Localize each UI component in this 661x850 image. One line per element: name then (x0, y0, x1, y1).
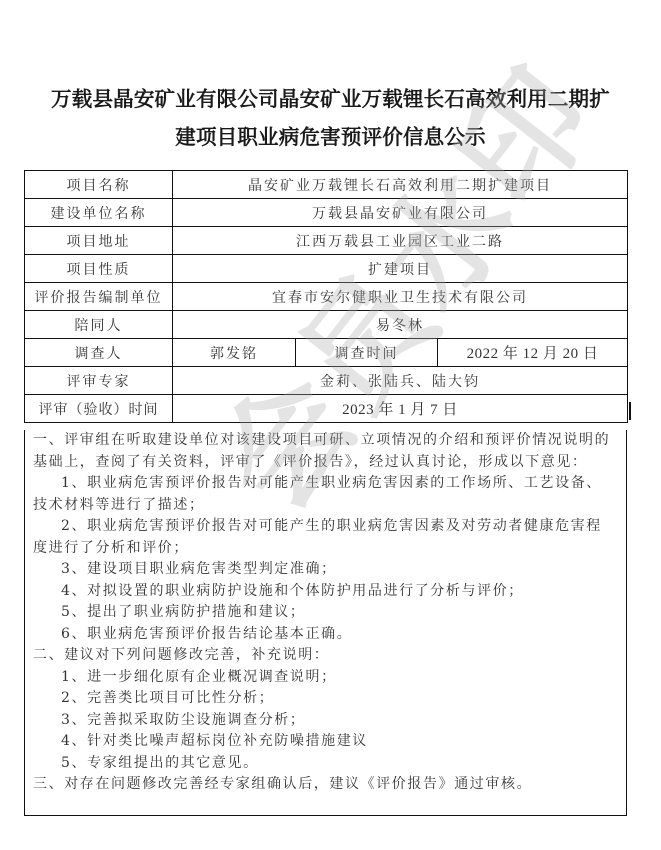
value-review-time: 2023 年 1 月 7 日 (173, 395, 628, 423)
value-accompanying-person: 易冬林 (173, 311, 628, 339)
label-project-name: 项目名称 (25, 171, 173, 199)
s2-item-1: 1、进一步细化原有企业概况调查说明； (33, 667, 620, 689)
document-title-line-2: 建项目职业病危害预评价信息公示 (0, 120, 661, 150)
s1-item-1-line-1: 1、职业病危害预评价报告对可能产生职业病危害因素的工作场所、工艺设备、 (33, 473, 620, 495)
label-project-address: 项目地址 (25, 227, 173, 255)
label-review-experts: 评审专家 (25, 367, 173, 395)
text-cursor-mark (629, 402, 631, 420)
label-project-nature: 项目性质 (25, 255, 173, 283)
table-row: 项目地址 江西万载县工业园区工业二路 (25, 227, 628, 255)
table-row: 评价报告编制单位 宜春市安尔健职业卫生技术有限公司 (25, 283, 628, 311)
label-report-compiler: 评价报告编制单位 (25, 283, 173, 311)
value-project-name: 晶安矿业万载锂长石高效利用二期扩建项目 (173, 171, 628, 199)
section-3: 三、对存在问题修改完善经专家组确认后，建议《评价报告》通过审核。 (33, 774, 620, 796)
label-accompanying-person: 陪同人 (25, 311, 173, 339)
s2-item-5: 5、专家组提出的其它意见。 (33, 753, 620, 775)
value-construction-unit: 万载县晶安矿业有限公司 (173, 199, 628, 227)
s1-item-5: 5、提出了职业病防护措施和建议； (33, 602, 620, 624)
s1-item-4: 4、对拟设置的职业病防护设施和个体防护用品进行了分析与评价； (33, 581, 620, 603)
s1-item-2-line-2: 度进行了分析和评价； (33, 538, 620, 560)
value-investigation-time: 2022 年 12 月 20 日 (438, 339, 628, 367)
value-report-compiler: 宜春市安尔健职业卫生技术有限公司 (173, 283, 628, 311)
s2-item-3: 3、完善拟采取防尘设施调查分析； (33, 710, 620, 732)
opinions-text: 一、评审组在听取建设单位对该建设项目可研、立项情况的介绍和预评价情况说明的 基础… (33, 430, 620, 796)
table-row: 调查人 郭发铭 调查时间 2022 年 12 月 20 日 (25, 339, 628, 367)
project-info-table: 项目名称 晶安矿业万载锂长石高效利用二期扩建项目 建设单位名称 万载县晶安矿业有… (24, 170, 628, 423)
value-project-nature: 扩建项目 (173, 255, 628, 283)
value-review-experts: 金莉、张陆兵、陆大钧 (173, 367, 628, 395)
s2-item-2: 2、完善类比项目可比性分析； (33, 688, 620, 710)
table-row: 项目性质 扩建项目 (25, 255, 628, 283)
document-title-line-1: 万载县晶安矿业有限公司晶安矿业万载锂长石高效利用二期扩 (0, 82, 661, 112)
s1-item-1-line-2: 技术材料等进行了描述； (33, 495, 620, 517)
label-investigation-time: 调查时间 (296, 339, 438, 367)
value-investigator: 郭发铭 (173, 339, 296, 367)
table-row: 评审专家 金莉、张陆兵、陆大钧 (25, 367, 628, 395)
s1-item-3: 3、建设项目职业病危害类型判定准确； (33, 559, 620, 581)
review-opinions-box: 一、评审组在听取建设单位对该建设项目可研、立项情况的介绍和预评价情况说明的 基础… (24, 430, 627, 816)
table-row: 建设单位名称 万载县晶安矿业有限公司 (25, 199, 628, 227)
section-1-line-1: 一、评审组在听取建设单位对该建设项目可研、立项情况的介绍和预评价情况说明的 (33, 430, 620, 452)
section-2-heading: 二、建议对下列问题修改完善，补充说明： (33, 645, 620, 667)
s1-item-2-line-1: 2、职业病危害预评价报告对可能产生的职业病危害因素及对劳动者健康危害程 (33, 516, 620, 538)
value-project-address: 江西万载县工业园区工业二路 (173, 227, 628, 255)
label-review-time: 评审（验收）时间 (25, 395, 173, 423)
label-investigator: 调查人 (25, 339, 173, 367)
table-row: 陪同人 易冬林 (25, 311, 628, 339)
label-construction-unit: 建设单位名称 (25, 199, 173, 227)
section-1-line-2: 基础上，查阅了有关资料，评审了《评价报告》，经过认真讨论，形成以下意见： (33, 452, 620, 474)
table-row: 项目名称 晶安矿业万载锂长石高效利用二期扩建项目 (25, 171, 628, 199)
table-row: 评审（验收）时间 2023 年 1 月 7 日 (25, 395, 628, 423)
s1-item-6: 6、职业病危害预评价报告结论基本正确。 (33, 624, 620, 646)
s2-item-4: 4、针对类比噪声超标岗位补充防噪措施建议 (33, 731, 620, 753)
